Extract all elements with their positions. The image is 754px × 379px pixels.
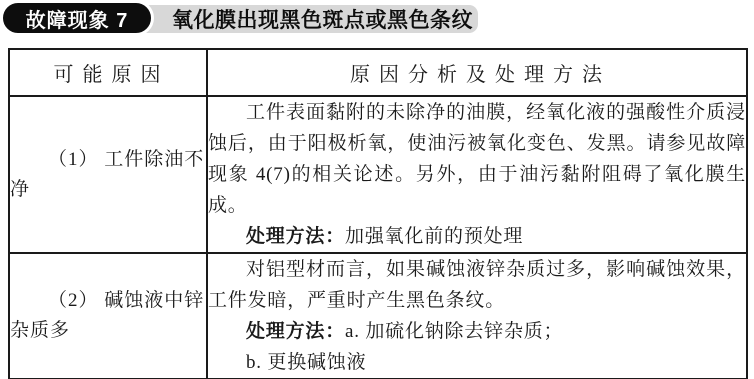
fault-title: 氧化膜出现黑色斑点或黑色条纹 [172, 4, 473, 34]
fault-number-badge: 故障现象 7 [0, 0, 154, 36]
method-line-1: 处理方法：加强氧化前的预处理 [208, 221, 746, 252]
column-header-cause: 可 能 原 因 [9, 49, 207, 96]
analysis-paragraph-1: 工件表面黏附的未除净的油膜，经氧化液的强酸性介质浸蚀后，由于阳极析氧，使油污被氧… [208, 97, 746, 221]
cause-text-2: （2） 碱蚀液中锌杂质多 [10, 286, 206, 346]
method-line-2a: 处理方法：a. 加硫化钠除去锌杂质； [208, 316, 746, 347]
analysis-cell-2: 对铝型材而言，如果碱蚀液锌杂质过多，影响碱蚀效果，工件发暗，严重时产生黑色条纹。… [207, 253, 747, 379]
method-text-2a: a. 加硫化钠除去锌杂质； [345, 321, 563, 342]
fault-title-strip: 氧化膜出现黑色斑点或黑色条纹 [138, 5, 478, 33]
analysis-paragraph-2: 对铝型材而言，如果碱蚀液锌杂质过多，影响碱蚀效果，工件发暗，严重时产生黑色条纹。 [208, 254, 746, 316]
method-label-2: 处理方法： [246, 321, 345, 342]
column-header-analysis: 原 因 分 析 及 处 理 方 法 [207, 49, 747, 96]
fault-header: 氧化膜出现黑色斑点或黑色条纹 故障现象 7 [0, 0, 754, 40]
cause-cell-2: （2） 碱蚀液中锌杂质多 [9, 253, 207, 379]
cause-text-1: （1） 工件除油不净 [10, 145, 206, 205]
cause-cell-1: （1） 工件除油不净 [9, 96, 207, 253]
analysis-cell-1: 工件表面黏附的未除净的油膜，经氧化液的强酸性介质浸蚀后，由于阳极析氧，使油污被氧… [207, 96, 747, 253]
table-row: （1） 工件除油不净 工件表面黏附的未除净的油膜，经氧化液的强酸性介质浸蚀后，由… [9, 96, 747, 253]
method-text-1: 加强氧化前的预处理 [345, 226, 523, 247]
table-row: （2） 碱蚀液中锌杂质多 对铝型材而言，如果碱蚀液锌杂质过多，影响碱蚀效果，工件… [9, 253, 747, 379]
fault-table: 可 能 原 因 原 因 分 析 及 处 理 方 法 （1） 工件除油不净 工件表… [8, 48, 748, 379]
fault-number-label: 故障现象 7 [26, 4, 129, 33]
method-label-1: 处理方法： [246, 226, 345, 247]
method-line-2b: b. 更换碱蚀液 [208, 347, 746, 378]
page: 氧化膜出现黑色斑点或黑色条纹 故障现象 7 可 能 原 因 原 因 分 析 及 … [0, 0, 754, 379]
table-header-row: 可 能 原 因 原 因 分 析 及 处 理 方 法 [9, 49, 747, 96]
